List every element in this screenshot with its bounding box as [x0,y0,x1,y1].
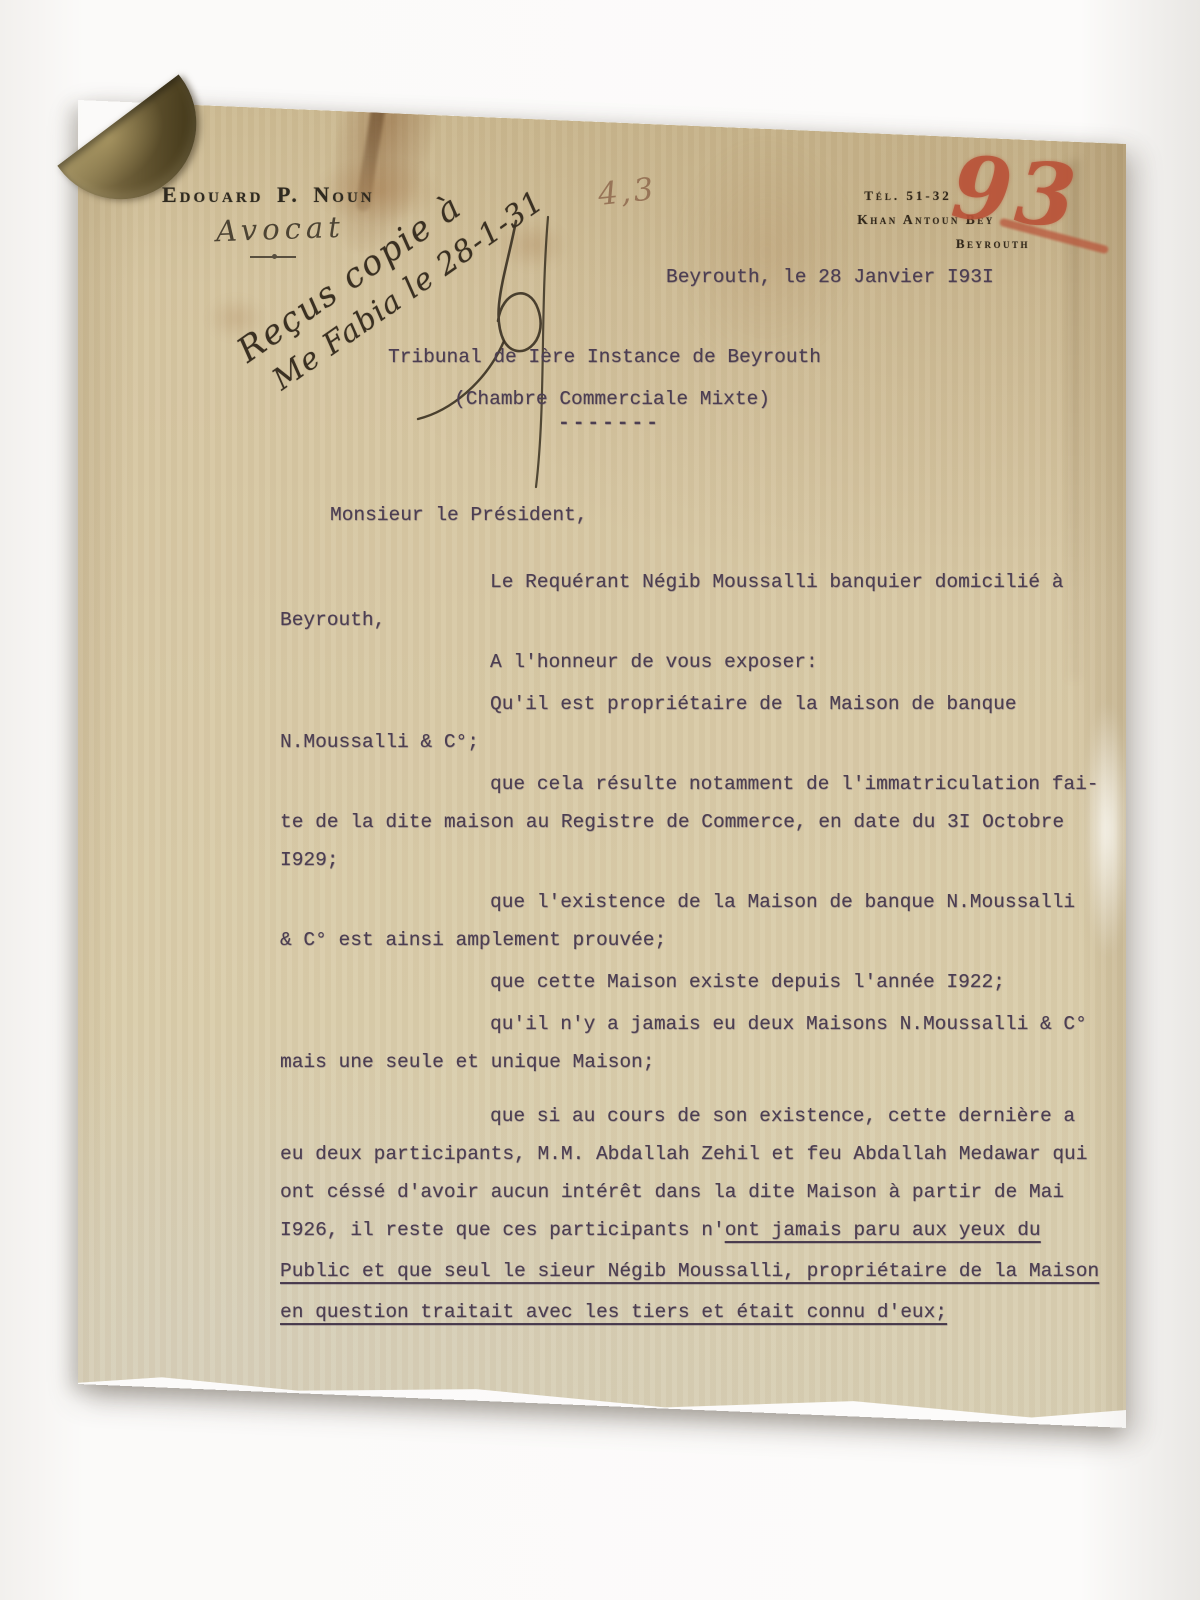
letter-line: que cela résulte notamment de l'immatric… [490,772,1126,796]
typed-text: & C° est ainsi amplement prouvée; [280,929,666,951]
typed-text: te de la dite maison au Registre de Comm… [280,811,1064,833]
underlined-typed-text: ont jamais paru aux yeux du [725,1219,1041,1241]
typed-text: I926, il reste que ces participants n' [280,1219,725,1241]
pencil-number: 4,3 [596,171,658,213]
salutation: Monsieur le Président, [330,504,587,526]
typed-text: mais une seule et unique Maison; [280,1051,654,1073]
court-heading: Tribunal de Ière Instance de Beyrouth [388,346,821,368]
typed-text: que cette Maison existe depuis l'année I… [490,971,1005,993]
dateline: Beyrouth, le 28 Janvier I93I [666,266,994,288]
letter-content: Edouard P. Noun Avocat Tél. 51-32 Khan A… [78,100,1126,1384]
court-subheading: (Chambre Commerciale Mixte) [454,388,770,410]
typed-text: que si au cours de son existence, cette … [490,1105,1075,1127]
letter-line: en question traitait avec les tiers et é… [280,1300,1126,1324]
typed-text: que l'existence de la Maison de banque N… [490,891,1075,913]
typed-text: ont céssé d'avoir aucun intérêt dans la … [280,1181,1064,1203]
letter-paper: Edouard P. Noun Avocat Tél. 51-32 Khan A… [78,100,1126,1428]
typed-text: que cela résulte notamment de l'immatric… [490,773,1099,795]
typed-text: I929; [280,849,339,871]
letter-line: Beyrouth, [280,608,1126,632]
typed-text: eu deux participants, M.M. Abdallah Zehi… [280,1143,1087,1165]
letter-line: ont céssé d'avoir aucun intérêt dans la … [280,1180,1126,1204]
typed-text: A l'honneur de vous exposer: [490,651,818,673]
letterhead-name: Edouard P. Noun [162,182,375,208]
letterhead-title: Avocat [215,210,345,248]
letter-line: I929; [280,848,1126,872]
letter-body: Le Requérant Négib Moussalli banquier do… [280,556,1126,1324]
letter-line: que si au cours de son existence, cette … [490,1104,1126,1128]
letterhead-ornament-rule [250,256,296,258]
letter-line: que l'existence de la Maison de banque N… [490,890,1126,914]
letter-line: N.Moussalli & C°; [280,730,1126,754]
typed-text: Le Requérant Négib Moussalli banquier do… [490,571,1063,593]
photograph-of-letter: Edouard P. Noun Avocat Tél. 51-32 Khan A… [0,0,1200,1600]
dash-separator: ------- [558,412,661,434]
typed-text: Beyrouth, [280,609,385,631]
letter-line: mais une seule et unique Maison; [280,1050,1126,1074]
letter-line: Le Requérant Négib Moussalli banquier do… [490,570,1126,594]
letter-line: Public et que seul le sieur Négib Moussa… [280,1259,1126,1283]
typed-text: Qu'il est propriétaire de la Maison de b… [490,693,1017,715]
red-crayon-number: 93 [948,137,1084,249]
letter-line: qu'il n'y a jamais eu deux Maisons N.Mou… [490,1012,1126,1036]
letter-line: que cette Maison existe depuis l'année I… [490,970,1126,994]
letter-line: & C° est ainsi amplement prouvée; [280,928,1126,952]
letter-line: eu deux participants, M.M. Abdallah Zehi… [280,1142,1126,1166]
underlined-typed-text: Public et que seul le sieur Négib Moussa… [280,1260,1099,1282]
underlined-typed-text: en question traitait avec les tiers et é… [280,1301,947,1323]
letter-line: te de la dite maison au Registre de Comm… [280,810,1126,834]
letter-line: I926, il reste que ces participants n'on… [280,1218,1126,1242]
letter-line: Qu'il est propriétaire de la Maison de b… [490,692,1126,716]
typed-text: N.Moussalli & C°; [280,731,479,753]
typed-text: qu'il n'y a jamais eu deux Maisons N.Mou… [490,1013,1087,1035]
letter-line: A l'honneur de vous exposer: [490,650,1126,674]
